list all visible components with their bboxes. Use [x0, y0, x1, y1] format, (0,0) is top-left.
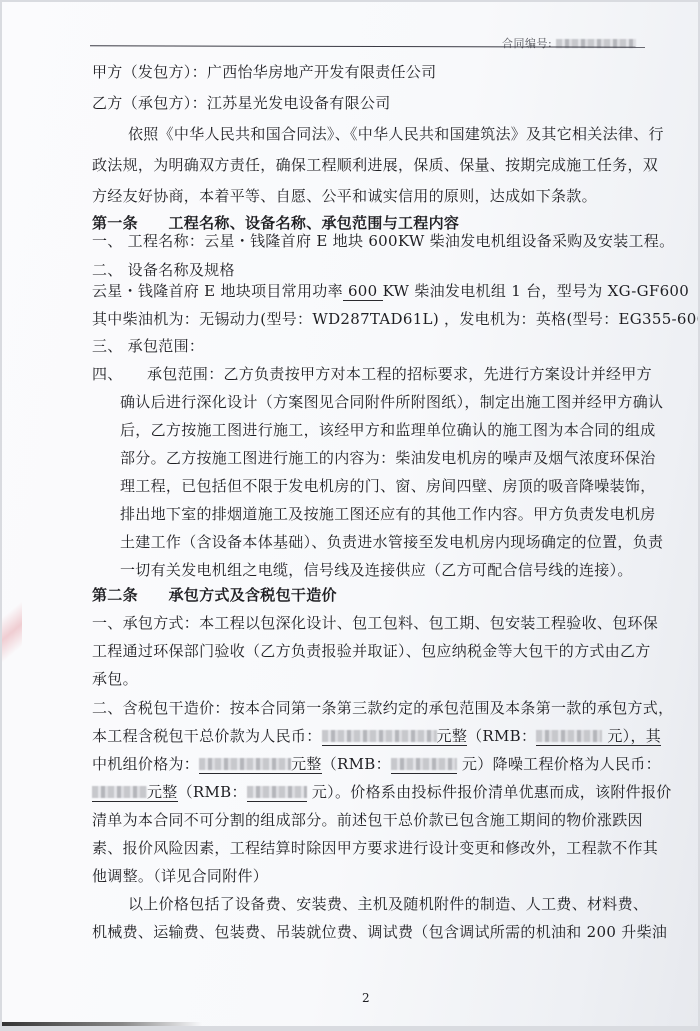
scope-line: 排出地下室的排烟道施工及按施工图还应有的其他工作内容。甲方负责发电机房 — [120, 504, 656, 524]
scope-line: 确认后进行深化设计（方案图见合同附件所附图纸），制定出施工图并经甲方确认 — [120, 392, 663, 412]
price-text: （RMB： — [178, 783, 247, 801]
price-line: 他调整。（详见合同附件） — [92, 866, 268, 886]
spec-line-2: 其中柴油机为：无锡动力(型号：WD287TAD61L) ，发电机为：英格(型号：… — [92, 309, 698, 329]
total-amount-words: 元整 — [322, 727, 468, 746]
preamble-line: 方经友好协商，本着平等、自愿、公平和诚实信用的原则，达成如下条款。 — [92, 186, 597, 206]
noise-amount-rmb — [247, 783, 307, 802]
contract-number: 合同编号: — [502, 35, 636, 51]
article-2-title: 第二条 承包方式及含税包干造价 — [92, 585, 337, 605]
scope-line: 一切有关发电机组之电缆，信号线及连接供应（乙方可配合信号线的连接）。 — [120, 560, 633, 580]
scope-line: 土建工作（含设备本体基础）、负责进水管接至发电机房内现场确定的位置，负责 — [120, 532, 663, 552]
preamble-line: 政法规，为明确双方责任，确保工程顺利进展，保质、保量、按期完成施工任务，双 — [92, 155, 658, 175]
total-amount-rmb: 元），其 — [536, 727, 661, 746]
article-1-item-3-title: 三、 承包范围： — [92, 336, 204, 356]
unit-amount-rmb — [391, 755, 457, 774]
spec-text: KW 柴油发电机组 1 台，型号为 XG-GF600 — [383, 282, 690, 300]
article-1-item-4-label: 四、 — [92, 364, 123, 384]
price-line: 素、报价风险因素，工程结算时除因甲方要求进行设计变更和修改外，工程款不作其 — [92, 838, 658, 858]
method-line: 工程通过环保部门验收（乙方负责报验并取证）、包应纳税金等大包干的方式由乙方 — [92, 641, 651, 661]
party-a: 甲方（发包方）：广西怡华房地产开发有限责任公司 — [92, 62, 436, 82]
method-line: 一、承包方式：本工程以包深化设计、包工包料、包工期、包安装工程验收、包环保 — [92, 613, 658, 633]
price-text: （RMB： — [322, 755, 391, 773]
scope-line: 理工程，已包括但不限于发电机房的门、窗、房间四壁、房顶的吸音降噪装饰， — [120, 476, 656, 496]
spec-power: 600 — [343, 282, 383, 301]
price-unit-line: 中机组价格为：元整（RMB： 元）降噪工程价格为人民币： — [92, 754, 661, 774]
price-text: （RMB： — [467, 727, 536, 745]
stamp-trace — [2, 602, 22, 662]
spec-line-1: 云星・钱隆首府 E 地块项目常用功率 600 KW 柴油发电机组 1 台，型号为… — [92, 281, 689, 301]
price-line: 清单为本合同不可分割的组成部分。前述包干总价款已包含施工期间的物价涨跌因 — [92, 810, 643, 830]
spec-text: 云星・钱隆首府 E 地块项目常用功率 — [92, 282, 343, 300]
scan-edge-shadow — [2, 1022, 202, 1026]
page-number: 2 — [362, 991, 370, 1005]
scope-line: 部分。乙方按施工图进行施工的内容为：柴油发电机房的噪声及烟气浓度环保治 — [120, 448, 656, 468]
price-noise-line: 元整（RMB： 元）。价格系由投标件报价清单优惠而成，该附件报价 — [92, 782, 672, 802]
party-b: 乙方（承包方）：江苏星光发电设备有限公司 — [92, 93, 391, 113]
method-line: 承包。 — [92, 669, 138, 689]
price-text: 中机组价格为： — [92, 755, 199, 773]
header-rule — [90, 45, 645, 47]
includes-line: 机械费、运输费、包装费、吊装就位费、调试费（包含调试所需的机油和 200 升柴油 — [92, 922, 667, 942]
price-text: 元）降噪工程价格为人民币： — [457, 755, 661, 773]
price-line: 二、含税包干造价：按本合同第一条第三款约定的承包范围及本条第一款的承包方式， — [92, 698, 673, 718]
preamble-line: 依照《中华人民共和国合同法》、《中华人民共和国建筑法》及其它相关法律、行 — [128, 124, 664, 144]
article-1-item-1: 一、 工程名称：云星・钱隆首府 E 地块 600KW 柴油发电机组设备采购及安装… — [92, 231, 674, 251]
unit-amount-words: 元整 — [199, 755, 322, 774]
includes-line: 以上价格包括了设备费、安装费、主机及随机附件的制造、人工费、材料费、 — [128, 894, 648, 914]
price-text: 本工程含税包干总价款为人民币： — [92, 727, 322, 745]
price-total-line: 本工程含税包干总价款为人民币：元整（RMB： 元），其 — [92, 726, 661, 746]
price-text: 元）。价格系由投标件报价清单优惠而成，该附件报价 — [307, 783, 672, 801]
contract-number-label: 合同编号: — [502, 35, 552, 51]
noise-amount-words: 元整 — [92, 783, 178, 802]
contract-page: 合同编号: 甲方（发包方）：广西怡华房地产开发有限责任公司 乙方（承包方）：江苏… — [2, 2, 698, 1026]
scope-line: 承包范围：乙方负责按甲方对本工程的招标要求，先进行方案设计并经甲方 — [147, 364, 652, 384]
article-1-title: 第一条 工程名称、设备名称、承包范围与工程内容 — [92, 213, 459, 233]
scope-line: 后，乙方按施工图进行施工，该经甲方和监理单位确认的施工图为本合同的组成 — [120, 420, 656, 440]
article-1-item-2-title: 二、 设备名称及规格 — [92, 260, 235, 280]
